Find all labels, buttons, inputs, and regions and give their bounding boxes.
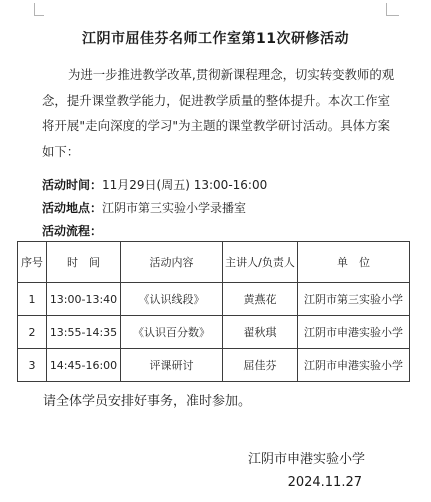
cell-speaker: 屈佳芬 [223,349,298,382]
activity-schedule-line: 活动流程： [42,220,267,243]
col-header-speaker: 主讲人/负责人 [223,242,298,283]
intro-line: 如下： [42,139,390,165]
schedule-table: 序号 时 间 活动内容 主讲人/负责人 单 位 1 13:00-13:40 《认… [17,241,410,382]
activity-location-value: 江阴市第三实验小学录播室 [102,201,246,215]
cell-time: 14:45-16:00 [47,349,121,382]
activity-location-label: 活动地点： [42,201,102,215]
cell-index: 1 [18,283,47,316]
signature-organization: 江阴市申港实验小学 [0,450,431,470]
intro-line: 将开展"走向深度的学习"为主题的课堂教学研讨活动。具体方案 [42,113,390,139]
activity-schedule-label: 活动流程： [42,224,102,238]
table-row: 1 13:00-13:40 《认识线段》 黄燕花 江阴市第三实验小学 [18,283,410,316]
cell-unit: 江阴市第三实验小学 [298,283,410,316]
col-header-content: 活动内容 [121,242,223,283]
cell-content: 《认识线段》 [121,283,223,316]
col-header-index: 序号 [18,242,47,283]
activity-time-value: 11月29日(周五) 13:00-16:00 [102,178,267,192]
cell-unit: 江阴市申港实验小学 [298,349,410,382]
margin-crop-mark-right [386,3,399,16]
col-header-time: 时 间 [47,242,121,283]
cell-content: 评课研讨 [121,349,223,382]
document-page: 江阴市屈佳芬名师工作室第11次研修活动 为进一步推进教学改革,贯彻新课程理念，切… [0,0,431,502]
activity-details: 活动时间：11月29日(周五) 13:00-16:00 活动地点：江阴市第三实验… [42,174,267,243]
cell-time: 13:00-13:40 [47,283,121,316]
cell-speaker: 翟秋琪 [223,316,298,349]
signature-date: 2024.11.27 [0,473,431,493]
cell-time: 13:55-14:35 [47,316,121,349]
intro-paragraph: 为进一步推进教学改革,贯彻新课程理念，切实转变教师的观 念，提升课堂教学能力，促… [42,62,390,164]
activity-time-label: 活动时间： [42,178,102,192]
signature-block: 江阴市申港实验小学 2024.11.27 [0,450,431,493]
cell-index: 2 [18,316,47,349]
cell-unit: 江阴市申港实验小学 [298,316,410,349]
col-header-unit: 单 位 [298,242,410,283]
cell-index: 3 [18,349,47,382]
margin-crop-mark-left [34,3,44,16]
page-title: 江阴市屈佳芬名师工作室第11次研修活动 [0,28,431,48]
table-row: 2 13:55-14:35 《认识百分数》 翟秋琪 江阴市申港实验小学 [18,316,410,349]
activity-time-line: 活动时间：11月29日(周五) 13:00-16:00 [42,174,267,197]
activity-location-line: 活动地点：江阴市第三实验小学录播室 [42,197,267,220]
closing-note: 请全体学员安排好事务，准时参加。 [43,390,391,409]
intro-line: 为进一步推进教学改革,贯彻新课程理念，切实转变教师的观 [42,62,390,88]
table-row: 3 14:45-16:00 评课研讨 屈佳芬 江阴市申港实验小学 [18,349,410,382]
intro-line: 念，提升课堂教学能力，促进教学质量的整体提升。本次工作室 [42,88,390,114]
cell-speaker: 黄燕花 [223,283,298,316]
cell-content: 《认识百分数》 [121,316,223,349]
table-header-row: 序号 时 间 活动内容 主讲人/负责人 单 位 [18,242,410,283]
